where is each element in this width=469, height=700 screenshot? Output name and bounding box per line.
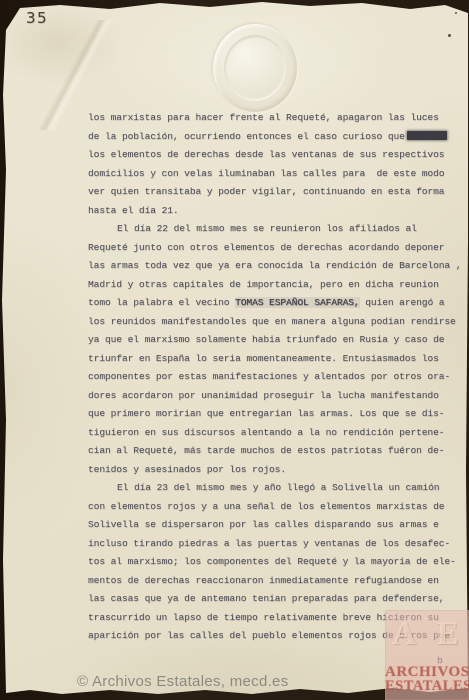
page-number-stamp: 35 [26,9,48,27]
text-line: cian al Requeté, más tarde muchos de est… [88,442,468,461]
text-line: hasta el día 21. [88,202,468,221]
text-line: componentes por estas manifestaciones y … [88,368,468,387]
paper-sheet: 35 los marxistas para hacer frente al Re… [0,0,469,700]
text-line: Requeté junto con otros elementos de der… [88,239,468,258]
redacted-blot [407,131,447,140]
typewritten-text: los marxistas para hacer frente al Reque… [88,109,468,646]
text-line: El día 23 del mismo mes y año llegó a So… [88,479,468,498]
text-line: incluso tirando piedras a las puertas y … [88,535,468,554]
text-line: tos al marxismo; los componentes del Req… [88,553,468,572]
copyright-watermark: © Archivos Estatales, mecd.es [77,673,289,690]
text-line: los elementos de derechas desde las vent… [88,146,468,165]
text-line: tomo la palabra el vecino TOMAS ESPAÑOL … [88,294,468,313]
text-line: las armas toda vez que ya era conocida l… [88,257,468,276]
text-line: tiguieron en sus discursos alentando a l… [88,424,468,443]
text-line: ya que el marxismo solamente habia triun… [88,331,468,350]
text-line: que primero moririan que entregarian las… [88,405,468,424]
text-line: de la población, ocurriendo entonces el … [88,128,468,147]
archive-watermark-line2: ESTATALES [385,678,469,695]
emphasized-name: TOMAS ESPAÑOL SAFARAS, [235,297,359,308]
text-line: con elementos rojos y a una señal de los… [88,498,468,517]
text-line: Solivella se dispersaron por las calles … [88,516,468,535]
ink-speck [455,12,457,14]
text-line: Madrid y otras capitales de importancia,… [88,276,468,295]
embossed-seal-icon [213,24,297,112]
text-line: tenidos y asesinados por los rojos. [88,461,468,480]
archive-monogram-watermark: A E [391,616,467,653]
ink-speck [448,34,451,37]
text-line: triunfar en España lo seria momentaneame… [88,350,468,369]
text-line: los marxistas para hacer frente al Reque… [88,109,468,128]
text-line: dores acordaron por unanimidad proseguir… [88,387,468,406]
text-line: domicilios y con velas iluminaban las ca… [88,165,468,184]
text-line: mentos de derechas reaccionaron inmediat… [88,572,468,591]
archive-watermark: A E ARCHIVOS ESTATALES [385,610,469,700]
text-line: las casas que ya de antemano tenian prep… [88,590,468,609]
text-line: los reunidos manifestandoles que en mane… [88,313,468,332]
text-line: El día 22 del mismo mes se reunieron los… [88,220,468,239]
text-line: ver quien transitaba y poder vigilar, co… [88,183,468,202]
document-scan: 35 los marxistas para hacer frente al Re… [0,0,469,700]
